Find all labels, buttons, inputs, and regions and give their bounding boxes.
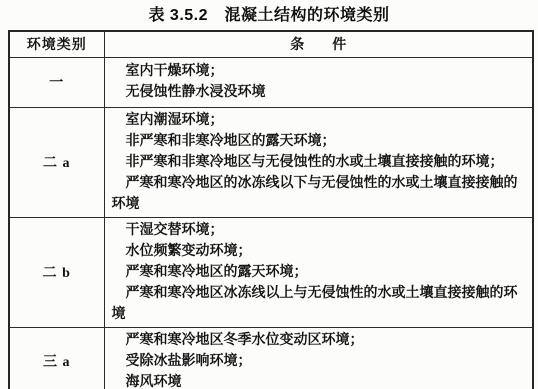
condition-item: 严寒和寒冷地区冬季水位变动区环境； xyxy=(112,330,523,351)
table-row: 二 b 干湿交替环境； 水位频繁变动环境； 严寒和寒冷地区的露天环境； 严寒和寒… xyxy=(9,217,533,327)
condition-item: 干湿交替环境； xyxy=(112,220,523,241)
table-row: 二 a 室内潮湿环境； 非严寒和非寒冷地区的露天环境； 非严寒和非寒冷地区与无侵… xyxy=(9,107,533,217)
condition-item: 室内干燥环境； xyxy=(112,61,523,82)
condition-item: 受除冰盐影响环境； xyxy=(112,351,523,372)
table-row: 一 室内干燥环境； 无侵蚀性静水浸没环境 xyxy=(9,57,533,107)
condition-item: 严寒和寒冷地区的露天环境； xyxy=(112,262,523,283)
condition-cell: 室内干燥环境； 无侵蚀性静水浸没环境 xyxy=(104,57,533,107)
condition-cell: 干湿交替环境； 水位频繁变动环境； 严寒和寒冷地区的露天环境； 严寒和寒冷地区冰… xyxy=(104,217,533,327)
condition-item: 水位频繁变动环境； xyxy=(112,241,523,262)
environment-category-table: 环境类别 条 件 一 室内干燥环境； 无侵蚀性静水浸没环境 二 a 室内潮湿环境… xyxy=(8,30,534,389)
category-cell: 三 a xyxy=(9,327,104,389)
table-row: 三 a 严寒和寒冷地区冬季水位变动区环境； 受除冰盐影响环境； 海风环境 xyxy=(9,327,533,389)
condition-item: 严寒和寒冷地区冰冻线以上与无侵蚀性的水或土壤直接接触的环境 xyxy=(112,283,523,325)
category-cell: 二 b xyxy=(9,217,104,327)
condition-cell: 室内潮湿环境； 非严寒和非寒冷地区的露天环境； 非严寒和非寒冷地区与无侵蚀性的水… xyxy=(104,107,533,217)
condition-item: 无侵蚀性静水浸没环境 xyxy=(112,82,523,103)
condition-item: 室内潮湿环境； xyxy=(112,110,523,131)
header-condition: 条 件 xyxy=(104,31,533,57)
document-page: 表 3.5.2 混凝土结构的环境类别 环境类别 条 件 一 室内干燥环境； 无侵… xyxy=(0,0,538,389)
table-header-row: 环境类别 条 件 xyxy=(9,31,533,57)
header-category: 环境类别 xyxy=(9,31,104,57)
table-title: 表 3.5.2 混凝土结构的环境类别 xyxy=(0,2,538,25)
condition-item: 非严寒和非寒冷地区的露天环境； xyxy=(112,131,523,152)
condition-item: 非严寒和非寒冷地区与无侵蚀性的水或土壤直接接触的环境； xyxy=(112,152,523,173)
condition-item: 严寒和寒冷地区的冰冻线以下与无侵蚀性的水或土壤直接接触的环境 xyxy=(112,173,523,215)
condition-cell: 严寒和寒冷地区冬季水位变动区环境； 受除冰盐影响环境； 海风环境 xyxy=(104,327,533,389)
condition-item: 海风环境 xyxy=(112,372,523,389)
category-cell: 二 a xyxy=(9,107,104,217)
category-cell: 一 xyxy=(9,57,104,107)
